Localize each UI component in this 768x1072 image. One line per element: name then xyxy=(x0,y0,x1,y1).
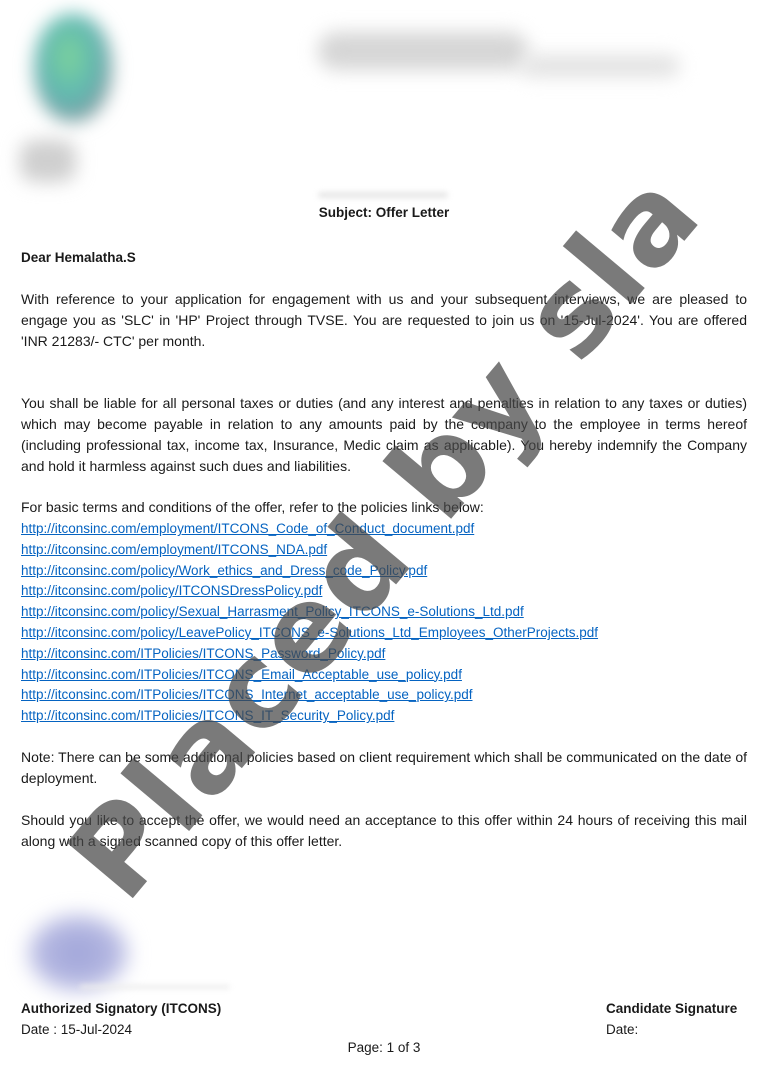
policy-link-nda[interactable]: http://itconsinc.com/employment/ITCONS_N… xyxy=(21,542,327,557)
policy-link-work-ethics[interactable]: http://itconsinc.com/policy/Work_ethics_… xyxy=(21,563,427,578)
policy-link-dress-policy[interactable]: http://itconsinc.com/policy/ITCONSDressP… xyxy=(21,583,322,598)
signature-stamp-redacted xyxy=(28,915,128,991)
policy-link-internet-use[interactable]: http://itconsinc.com/ITPolicies/ITCONS_I… xyxy=(21,687,472,702)
candidate-signature-block: Candidate Signature Date: xyxy=(606,998,737,1040)
policy-link-it-security[interactable]: http://itconsinc.com/ITPolicies/ITCONS_I… xyxy=(21,708,394,723)
policy-link-item: http://itconsinc.com/ITPolicies/ITCONS_I… xyxy=(21,684,747,705)
letterhead-title-redacted xyxy=(318,32,528,70)
policy-link-item: http://itconsinc.com/employment/ITCONS_C… xyxy=(21,518,747,539)
policy-link-password[interactable]: http://itconsinc.com/ITPolicies/ITCONS_P… xyxy=(21,646,385,661)
policy-link-item: http://itconsinc.com/ITPolicies/ITCONS_P… xyxy=(21,643,747,664)
letter-subject: Subject: Offer Letter xyxy=(0,205,768,220)
policy-link-harassment[interactable]: http://itconsinc.com/policy/Sexual_Harra… xyxy=(21,604,524,619)
policy-link-item: http://itconsinc.com/policy/Work_ethics_… xyxy=(21,560,747,581)
policy-link-item: http://itconsinc.com/policy/Sexual_Harra… xyxy=(21,601,747,622)
policy-link-leave[interactable]: http://itconsinc.com/policy/LeavePolicy_… xyxy=(21,625,598,640)
signature-line-redacted xyxy=(80,985,230,989)
company-logo-redacted xyxy=(34,14,112,122)
letter-greeting: Dear Hemalatha.S xyxy=(21,247,747,268)
policy-link-email-use[interactable]: http://itconsinc.com/ITPolicies/ITCONS_E… xyxy=(21,667,462,682)
company-signature-date: Date : 15-Jul-2024 xyxy=(21,1019,221,1040)
policy-link-code-of-conduct[interactable]: http://itconsinc.com/employment/ITCONS_C… xyxy=(21,521,474,536)
company-signatory-label: Authorized Signatory (ITCONS) xyxy=(21,998,221,1019)
engagement-paragraph: With reference to your application for e… xyxy=(21,289,747,352)
policy-link-item: http://itconsinc.com/ITPolicies/ITCONS_I… xyxy=(21,705,747,726)
company-address-redacted xyxy=(20,140,76,182)
acceptance-paragraph: Should you like to accept the offer, we … xyxy=(21,810,747,852)
page-number: Page: 1 of 3 xyxy=(0,1040,768,1055)
offer-letter-page: Subject: Offer Letter Dear Hemalatha.S W… xyxy=(0,0,768,1072)
policies-intro: For basic terms and conditions of the of… xyxy=(21,497,747,518)
candidate-signature-label: Candidate Signature xyxy=(606,998,737,1019)
company-signature-block: Authorized Signatory (ITCONS) Date : 15-… xyxy=(21,998,221,1040)
policy-links-list: http://itconsinc.com/employment/ITCONS_C… xyxy=(21,518,747,726)
policy-link-item: http://itconsinc.com/employment/ITCONS_N… xyxy=(21,539,747,560)
policy-link-item: http://itconsinc.com/policy/ITCONSDressP… xyxy=(21,580,747,601)
taxes-paragraph: You shall be liable for all personal tax… xyxy=(21,393,747,477)
note-paragraph: Note: There can be some additional polic… xyxy=(21,747,747,789)
policy-link-item: http://itconsinc.com/ITPolicies/ITCONS_E… xyxy=(21,664,747,685)
candidate-signature-date: Date: xyxy=(606,1019,737,1040)
policy-link-item: http://itconsinc.com/policy/LeavePolicy_… xyxy=(21,622,747,643)
letterhead-subtitle-redacted xyxy=(520,55,680,77)
letterhead-line-redacted xyxy=(318,192,448,198)
